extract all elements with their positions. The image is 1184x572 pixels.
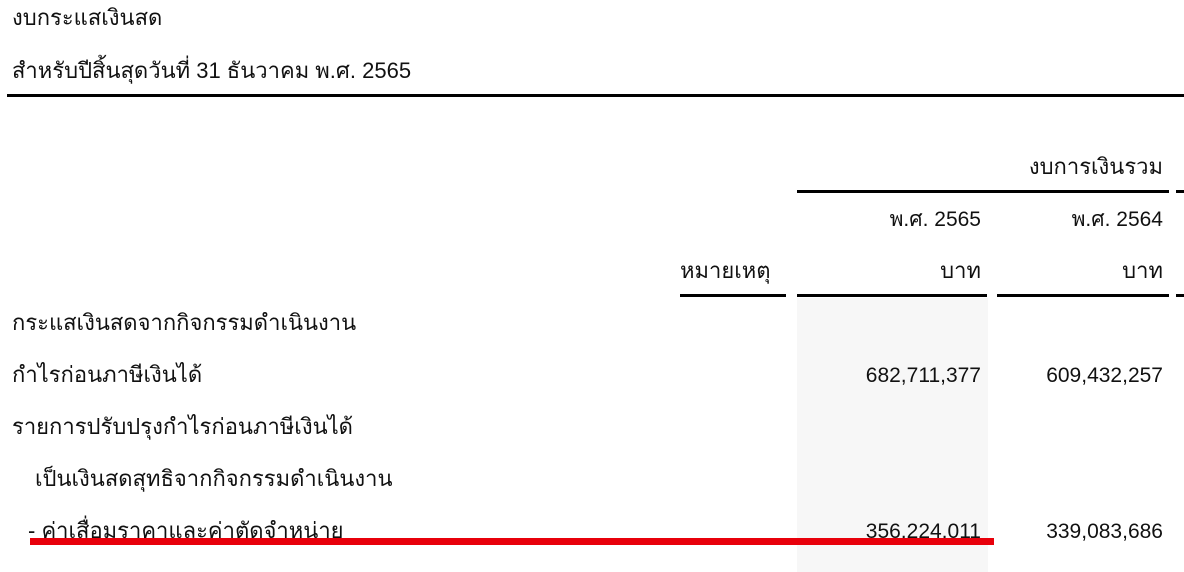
col-next-underline [1176,294,1184,297]
row-label: เป็นเงินสดสุทธิจากกิจกรรมดำเนินงาน [35,465,393,493]
note-header: หมายเหตุ [680,257,771,285]
col-2565-underline [797,294,987,297]
group-underline-next [1176,190,1184,193]
row-value-2564: 339,083,686 [1046,518,1163,546]
consolidated-group-label: งบการเงินรวม [1029,153,1163,181]
note-underline [680,294,786,297]
unit-header-2564: บาท [1122,257,1163,285]
statement-title: งบกระแสเงินสด [12,4,162,32]
row-value-2565: 682,711,377 [866,362,981,390]
row-value-2564: 609,432,257 [1046,362,1163,390]
group-underline [797,190,1169,193]
row-label: กระแสเงินสดจากกิจกรรมดำเนินงาน [12,309,356,337]
row-label: รายการปรับปรุงกำไรก่อนภาษีเงินได้ [12,413,353,441]
header-divider [7,94,1184,97]
unit-header-2565: บาท [940,257,981,285]
year-header-2565: พ.ศ. 2565 [890,206,981,234]
year-header-2564: พ.ศ. 2564 [1072,206,1163,234]
col-2564-underline [997,294,1169,297]
red-highlight-underline [30,538,994,545]
row-label: กำไรก่อนภาษีเงินได้ [12,361,202,389]
statement-subtitle: สำหรับปีสิ้นสุดวันที่ 31 ธันวาคม พ.ศ. 25… [12,57,411,85]
